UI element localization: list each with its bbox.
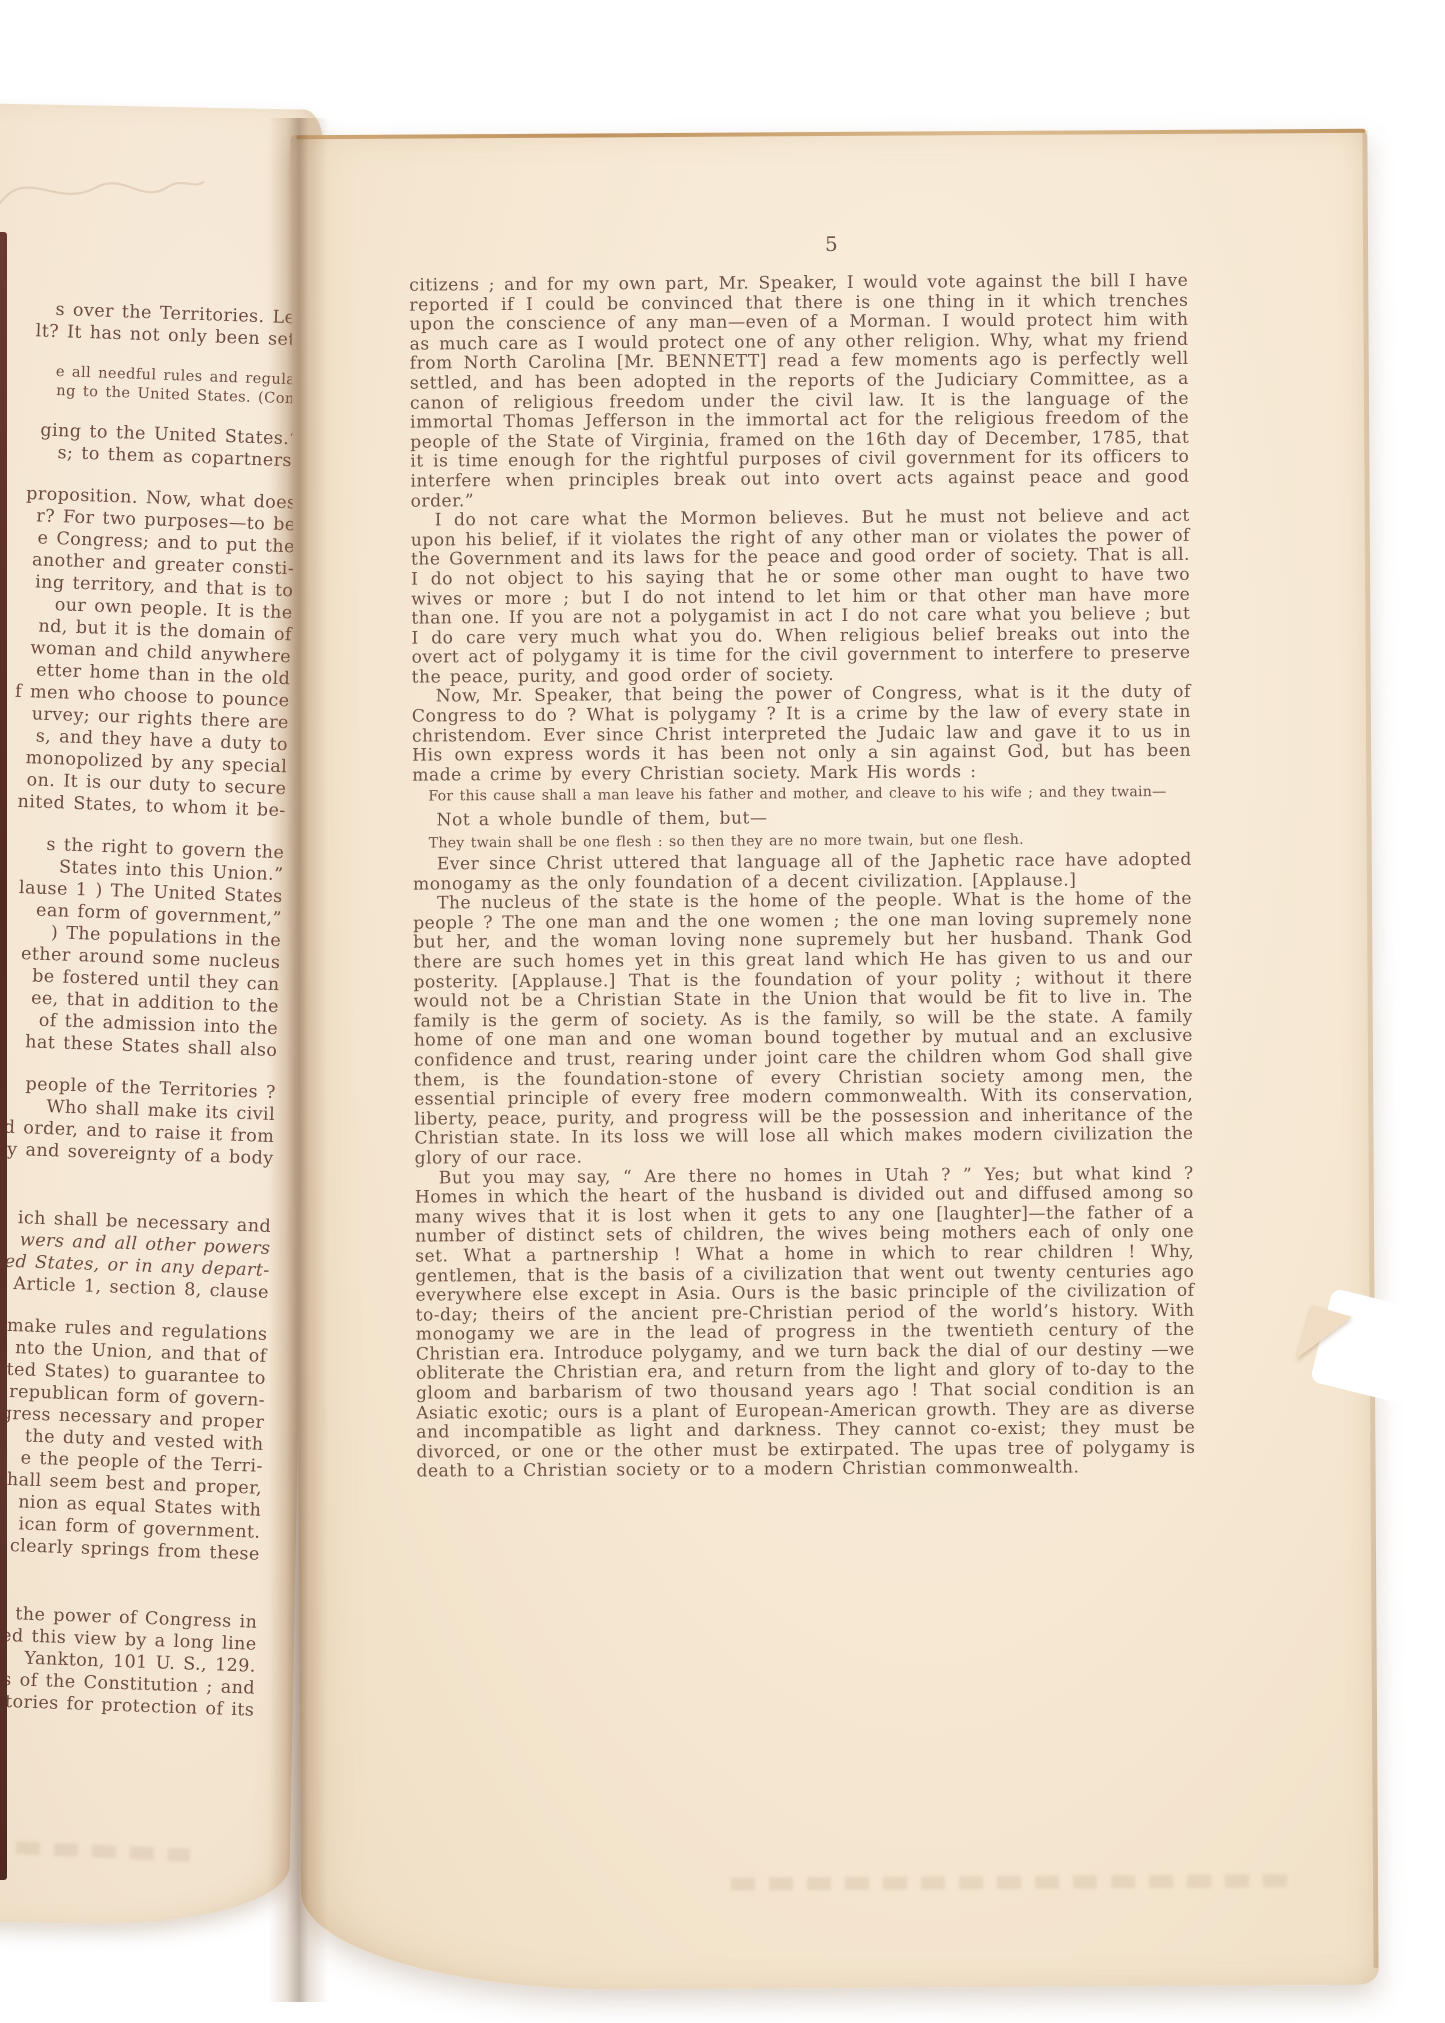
binding-edge-strip	[0, 232, 7, 1880]
paragraph: Not a whole bundle of them, but—	[412, 807, 1191, 831]
paragraph: citizens ; and for my own part, Mr. Spea…	[409, 272, 1189, 512]
paragraph: They twain shall be one flesh : so then …	[413, 831, 1192, 853]
paragraph: For this cause shall a man leave his fat…	[412, 784, 1191, 806]
show-through-ghost	[731, 1874, 1291, 1890]
page-number: 5	[825, 232, 838, 256]
handwriting-mark	[0, 142, 213, 236]
paragraph: I do not care what the Mormon believes. …	[411, 507, 1191, 688]
paragraph: Now, Mr. Speaker, that being the power o…	[412, 683, 1192, 786]
photo-background: s over the Territories. Letlt? It has no…	[0, 0, 1445, 2023]
paragraph: Ever since Christ uttered that language …	[413, 851, 1192, 895]
main-page: 5 citizens ; and for my own part, Mr. Sp…	[290, 129, 1378, 1992]
left-page: s over the Territories. Letlt? It has no…	[0, 102, 323, 1927]
paragraph: The nucleus of the state is the home of …	[413, 890, 1194, 1169]
paragraph: But you may say, “ Are there no homes in…	[415, 1164, 1196, 1482]
page-body: citizens ; and for my own part, Mr. Spea…	[409, 272, 1195, 1483]
show-through-ghost	[0, 1838, 190, 1862]
left-page-text: s over the Territories. Letlt? It has no…	[0, 298, 304, 1722]
